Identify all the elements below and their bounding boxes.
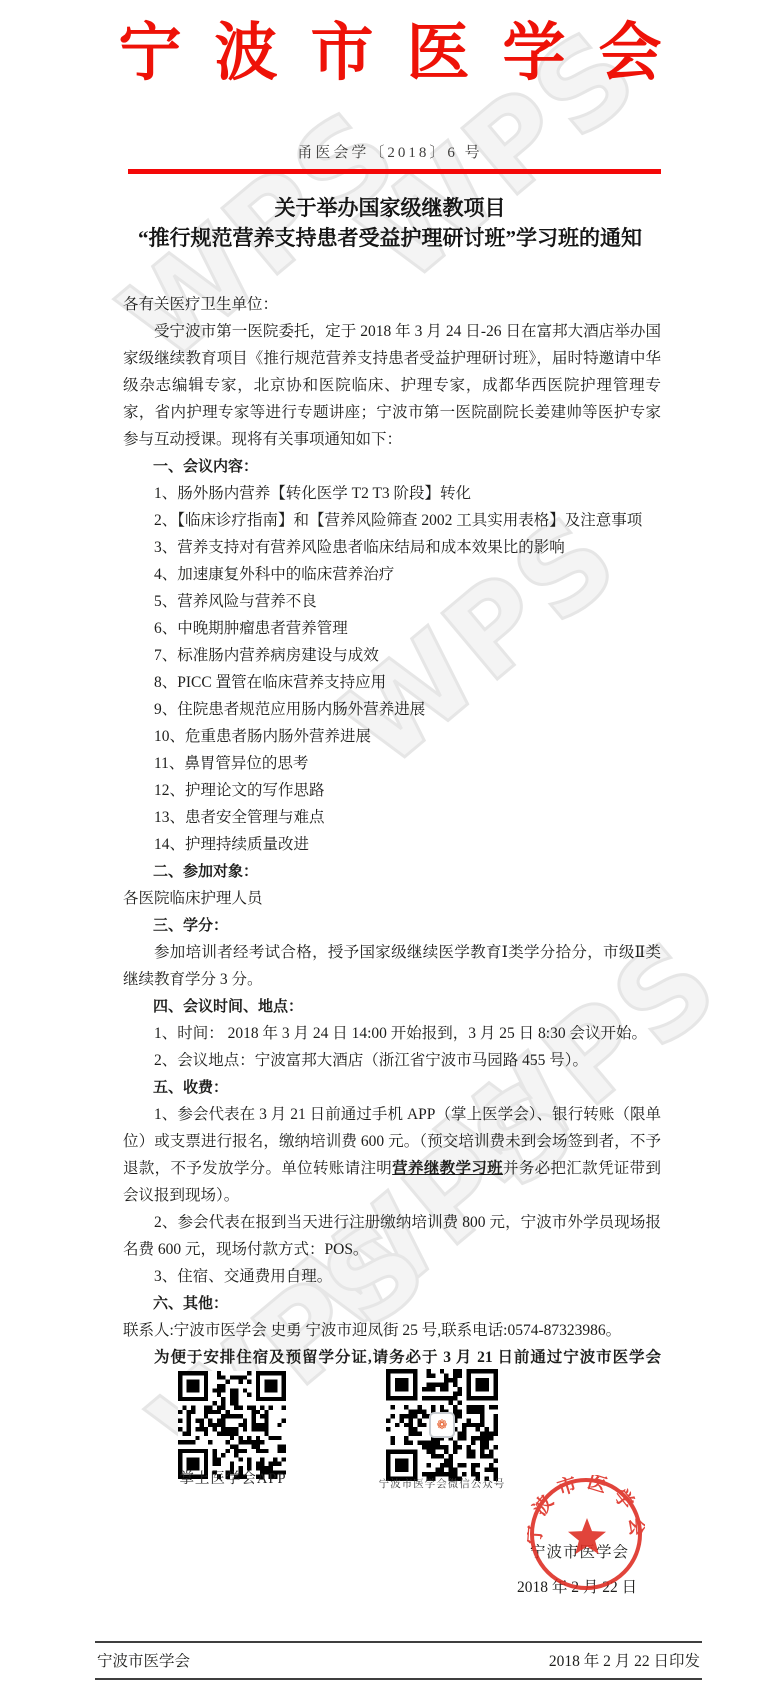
organization-masthead: 宁波市医学会 [0,2,780,93]
agenda-item: 10、危重患者肠内肠外营养进展 [123,723,661,750]
fees-paragraph-2: 2、参会代表在报到当天进行注册缴纳培训费 800 元，宁波市外学员现场报名费 6… [123,1209,661,1263]
agenda-item: 13、患者安全管理与难点 [123,804,661,831]
seal-star-icon [568,1518,606,1554]
fees-paragraph-1: 1、参会代表在 3 月 21 日前通过手机 APP（掌上医学会）、银行转账（限单… [123,1101,661,1209]
agenda-item: 6、中晚期肿瘤患者营养管理 [123,615,661,642]
place-item: 2、会议地点：宁波富邦大酒店（浙江省宁波市马园路 455 号）。 [123,1047,661,1074]
contact-line: 联系人:宁波市医学会 史勇 宁波市迎凤街 25 号,联系电话:0574-8732… [123,1317,661,1344]
wechat-qr-caption: 宁波市医学会微信公众号 [362,1476,522,1491]
app-qr-code [178,1371,286,1479]
agenda-item: 7、标准肠内营养病房建设与成效 [123,642,661,669]
time-item: 1、时间： 2018 年 3 月 24 日 14:00 开始报到，3 月 25 … [123,1020,661,1047]
agenda-item: 2、【临床诊疗指南】和【营养风险筛查 2002 工具实用表格】及注意事项 [123,507,661,534]
footer-print-date: 2018 年 2 月 22 日印发 [549,1649,700,1671]
agenda-item: 8、PICC 置管在临床营养支持应用 [123,669,661,696]
section-heading-fees: 五、收费： [123,1074,661,1101]
app-qr-caption: 掌上医学会APP [158,1467,308,1488]
red-divider [128,169,661,174]
section-heading-time-place: 四、会议时间、地点： [123,993,661,1020]
document-page: WPS WPS WPS WPS WPS WPS 宁波市医学会 甬医会学〔2018… [0,0,780,1683]
agenda-item: 11、鼻胃管异位的思考 [123,750,661,777]
agenda-item: 12、护理论文的写作思路 [123,777,661,804]
closing-notice-paragraph: 为便于安排住宿及预留学分证,请务必于 3 月 21 日前通过宁波市医学会 APP… [123,1344,661,1369]
footer-organization: 宁波市医学会 [97,1649,190,1671]
agenda-item: 3、营养支持对有营养风险患者临床结局和成本效果比的影响 [123,534,661,561]
agenda-item: 9、住院患者规范应用肠内肠外营养进展 [123,696,661,723]
footer-bar: 宁波市医学会 2018 年 2 月 22 日印发 [95,1641,702,1680]
notice-body: 各有关医疗卫生单位： 受宁波市第一医院委托，定于 2018 年 3 月 24 日… [123,291,661,1369]
participants-text: 各医院临床护理人员 [123,885,661,912]
credits-text: 参加培训者经考试合格，授予国家级继续医学教育Ⅰ类学分拾分，市级Ⅱ类继续教育学分 … [123,939,661,993]
notice-title-line2: “推行规范营养支持患者受益护理研讨班”学习班的通知 [0,223,780,253]
intro-paragraph: 受宁波市第一医院委托，定于 2018 年 3 月 24 日-26 日在富邦大酒店… [123,318,661,453]
fees-paragraph-3: 3、住宿、交通费用自理。 [123,1263,661,1290]
salutation: 各有关医疗卫生单位： [123,291,661,318]
fees-p1-emphasis: 营养继教学习班 [392,1160,503,1177]
section-heading-participants: 二、参加对象： [123,858,661,885]
agenda-item: 1、肠外肠内营养【转化医学 T2 T3 阶段】转化 [123,480,661,507]
agenda-item: 4、加速康复外科中的临床营养治疗 [123,561,661,588]
section-heading-credits: 三、学分： [123,912,661,939]
agenda-item: 5、营养风险与营养不良 [123,588,661,615]
document-number: 甬医会学〔2018〕6 号 [0,141,780,162]
official-seal: 宁波市医学会 [527,1475,645,1593]
notice-title-line1: 关于举办国家级继教项目 [0,193,780,223]
section-heading-other: 六、其他： [123,1290,661,1317]
wechat-qr-center-logo-icon: ❁ [429,1412,455,1438]
section-heading-agenda: 一、会议内容： [123,453,661,480]
agenda-item: 14、护理持续质量改进 [123,831,661,858]
wechat-qr-code: ❁ [386,1369,498,1481]
notice-title: 关于举办国家级继教项目 “推行规范营养支持患者受益护理研讨班”学习班的通知 [0,193,780,253]
